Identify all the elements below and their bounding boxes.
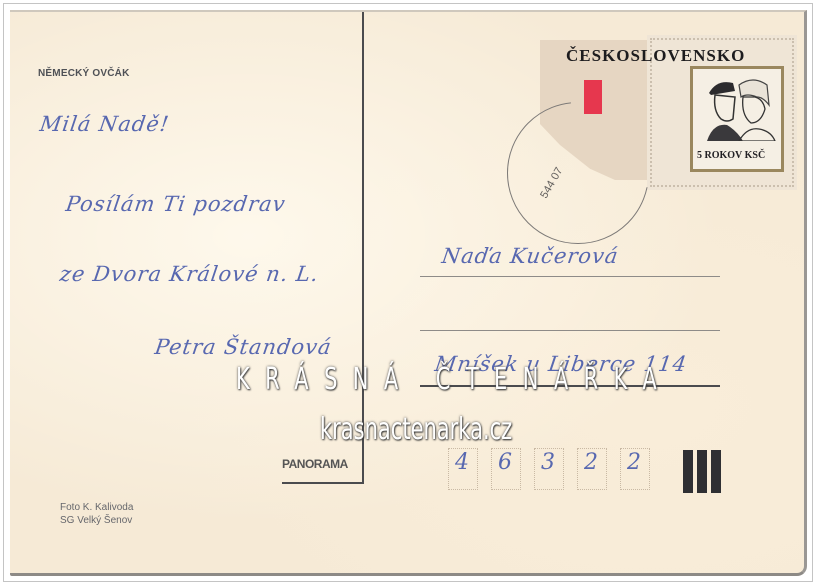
- postcode-digit-4: 2: [577, 450, 605, 475]
- postcode-digit-2: 6: [491, 450, 519, 475]
- postcode-digit-3: 3: [534, 450, 562, 475]
- postage-stamp: ČESKOSLOVENSKO 5 ROKOV KSČ: [650, 38, 794, 187]
- stamp-caption: 5 ROKOV KSČ: [697, 150, 765, 161]
- postcode-digit-5: 2: [620, 450, 648, 475]
- signature: Petra Štandová: [153, 335, 333, 359]
- photo-credit: Foto K. Kalivoda SG Velký Šenov: [60, 501, 133, 527]
- postal-code-bars: [683, 450, 721, 493]
- watermark-title: KRÁSNÁ ČTENÁŘKA: [236, 362, 672, 397]
- picture-title: NĚMECKÝ OVČÁK: [38, 68, 130, 79]
- message-line-3: ze Dvora Králové n. L.: [58, 262, 320, 286]
- photo-credit-line-2: SG Velký Šenov: [60, 514, 133, 527]
- stamp-picture-frame: 5 ROKOV KSČ: [690, 66, 784, 172]
- workers-portrait-icon: [703, 75, 779, 141]
- postcode-digit-1: 4: [448, 450, 476, 475]
- message-line-1: Milá Nadě!: [38, 112, 171, 136]
- stamp-area: ČESKOSLOVENSKO 5 ROKOV KSČ: [540, 38, 790, 188]
- address-line-1: [420, 276, 720, 277]
- publisher-logo: PANORAMA: [282, 457, 348, 471]
- divider-foot: [282, 482, 364, 484]
- recipient-name: Naďa Kučerová: [440, 244, 620, 268]
- photo-credit-line-1: Foto K. Kalivoda: [60, 501, 133, 514]
- address-line-2: [420, 330, 720, 331]
- message-line-2: Posílám Ti pozdrav: [64, 192, 287, 216]
- bar-1: [683, 450, 693, 493]
- bar-3: [711, 450, 721, 493]
- bar-2: [697, 450, 707, 493]
- stamp-country: ČESKOSLOVENSKO: [566, 46, 745, 66]
- red-flag-fragment: [584, 80, 602, 114]
- watermark-url: krasnactenarka.cz: [320, 412, 512, 447]
- postcard: NĚMECKÝ OVČÁK Milá Nadě! Posílám Ti pozd…: [10, 10, 807, 576]
